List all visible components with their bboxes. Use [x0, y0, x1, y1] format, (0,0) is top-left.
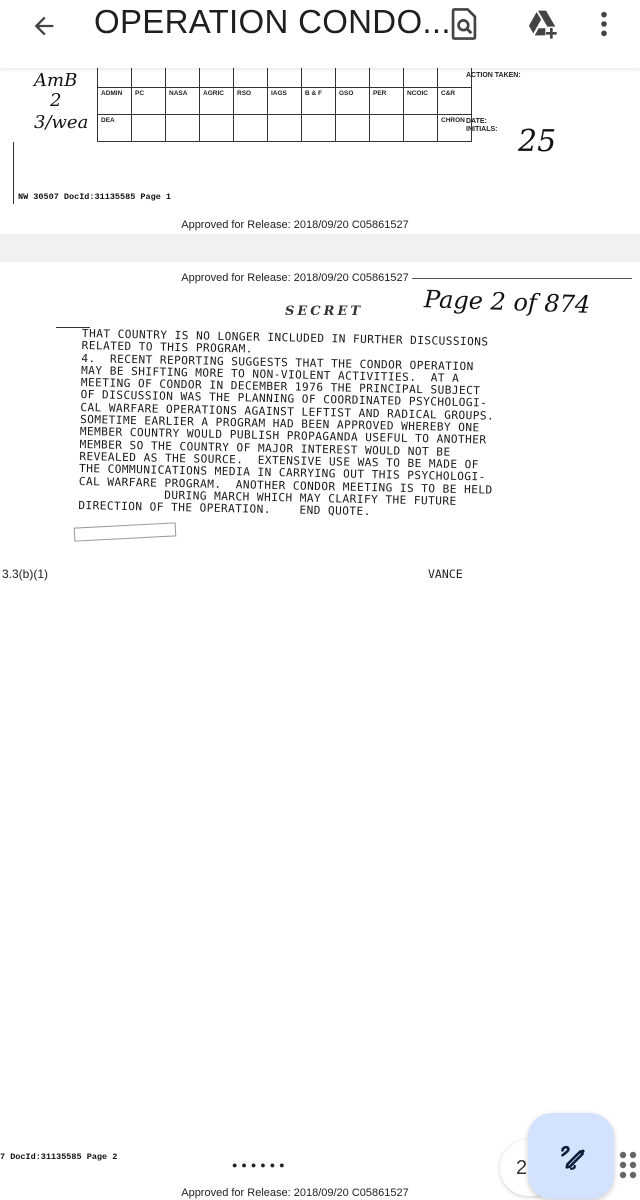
routing-table: CONSDAOMILGP ADMINPCNASAAGRICRSOIAGSB & … — [97, 68, 472, 142]
pdf-page-2: Approved for Release: 2018/09/20 C058615… — [0, 262, 640, 1200]
routing-row-2: DEACHRON — [98, 115, 472, 142]
page-gap — [0, 234, 640, 262]
find-in-page-button[interactable] — [444, 4, 484, 44]
classification-stamp: SECRET — [285, 304, 363, 319]
header-rule — [412, 278, 632, 279]
app-bar: OPERATION CONDO... — [0, 0, 640, 68]
page2-footer-id: 7 DocId:31135585 Page 2 — [0, 1152, 117, 1162]
handwritten-note-2: 2 — [50, 90, 61, 111]
page1-approved-stamp: Approved for Release: 2018/09/20 C058615… — [0, 219, 640, 231]
handwritten-page-number: Page 2 of 874 — [424, 285, 591, 319]
add-to-drive-button[interactable] — [522, 4, 562, 44]
routing-row-0: CONSDAOMILGP — [98, 68, 472, 88]
cable-body-text: THAT COUNTRY IS NO LONGER INCLUDED IN FU… — [78, 328, 496, 521]
edit-annotate-icon — [554, 1139, 588, 1173]
date-label: DATE: — [466, 118, 487, 125]
redaction-code: 3.3(b)(1) — [2, 567, 48, 581]
back-button[interactable] — [24, 6, 64, 46]
annotate-fab[interactable] — [528, 1113, 614, 1199]
bottom-stamp: ●●●●●● — [232, 1160, 289, 1170]
action-taken-label: ACTION TAKEN: — [466, 72, 521, 79]
add-to-drive-icon — [525, 8, 559, 40]
page1-footer-id: NW 30507 DocId:31135585 Page 1 — [18, 192, 171, 202]
signature-vance: VANCE — [428, 567, 463, 581]
redaction-box — [74, 522, 177, 541]
more-vert-icon — [599, 10, 609, 38]
handwritten-note-1: AmB — [34, 70, 77, 91]
pdf-page-1: AmB 2 3/wea CONSDAOMILGP ADMINPCNASAAGRI… — [0, 68, 640, 234]
document-title: OPERATION CONDO... — [94, 2, 451, 42]
drag-handle[interactable] — [618, 1150, 640, 1189]
more-options-button[interactable] — [584, 4, 624, 44]
left-margin-line — [13, 142, 14, 204]
drag-handle-icon — [618, 1150, 640, 1184]
handwritten-initials: 25 — [518, 124, 556, 159]
back-arrow-icon — [30, 12, 58, 40]
handwritten-note-3: 3/wea — [34, 112, 88, 133]
initials-label: INITIALS: — [466, 126, 498, 133]
find-in-page-icon — [449, 7, 479, 41]
routing-row-1: ADMINPCNASAAGRICRSOIAGSB & FGSOPERNCOICC… — [98, 88, 472, 115]
